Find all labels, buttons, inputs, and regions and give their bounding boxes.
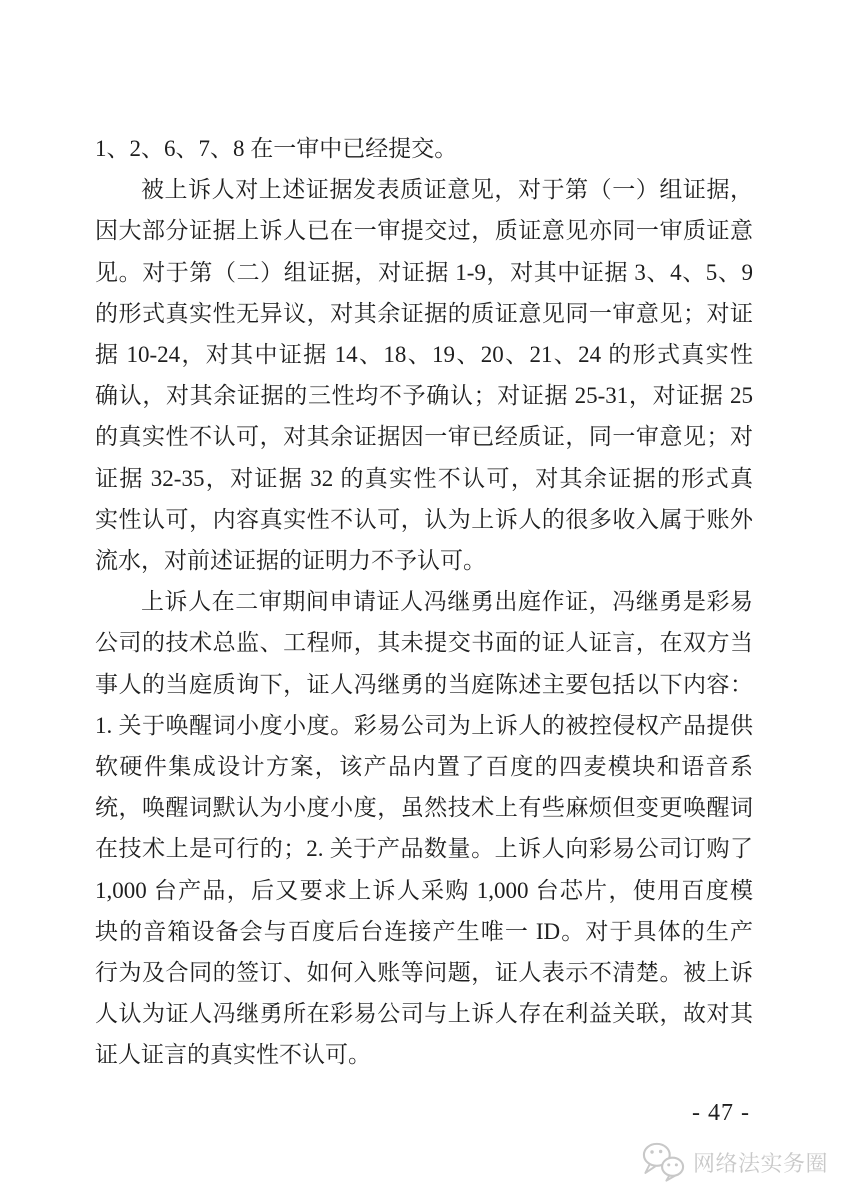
text-line: 公司的技术总监、工程师，其未提交书面的证人证言，在双方当	[95, 622, 753, 663]
text-line: 行为及合同的签订、如何入账等问题，证人表示不清楚。被上诉	[95, 952, 753, 993]
text-line: 见。对于第（二）组证据，对证据 1-9，对其中证据 3、4、5、9	[95, 252, 753, 293]
watermark-text: 网络法实务圈	[693, 1147, 828, 1178]
text-line: 确认，对其余证据的三性均不予确认；对证据 25-31，对证据 25	[95, 375, 753, 416]
page-number: - 47 -	[692, 1100, 750, 1127]
text-line: 人认为证人冯继勇所在彩易公司与上诉人存在利益关联，故对其	[95, 993, 753, 1034]
paragraph: 上诉人在二审期间申请证人冯继勇出庭作证，冯继勇是彩易 公司的技术总监、工程师，其…	[95, 581, 753, 1075]
text-line: 证据 32-35，对证据 32 的真实性不认可，对其余证据的形式真	[95, 458, 753, 499]
text-line: 因大部分证据上诉人已在一审提交过，质证意见亦同一审质证意	[95, 210, 753, 251]
paragraph: 被上诉人对上述证据发表质证意见，对于第（一）组证据， 因大部分证据上诉人已在一审…	[95, 169, 753, 581]
text-line: 块的音箱设备会与百度后台连接产生唯一 ID。对于具体的生产	[95, 911, 753, 952]
watermark: 网络法实务圈	[640, 1141, 828, 1183]
text-line: 1,000 台产品，后又要求上诉人采购 1,000 台芯片，使用百度模	[95, 870, 753, 911]
text-line: 1. 关于唤醒词小度小度。彩易公司为上诉人的被控侵权产品提供	[95, 705, 753, 746]
document-page: 1、2、6、7、8 在一审中已经提交。 被上诉人对上述证据发表质证意见，对于第（…	[0, 0, 848, 1200]
text-line: 的形式真实性无异议，对其余证据的质证意见同一审意见；对证	[95, 293, 753, 334]
text-line: 上诉人在二审期间申请证人冯继勇出庭作证，冯继勇是彩易	[95, 581, 753, 622]
text-line: 在技术上是可行的；2. 关于产品数量。上诉人向彩易公司订购了	[95, 828, 753, 869]
text-line: 据 10-24，对其中证据 14、18、19、20、21、24 的形式真实性	[95, 334, 753, 375]
text-line: 软硬件集成设计方案，该产品内置了百度的四麦模块和语音系	[95, 746, 753, 787]
paragraph: 1、2、6、7、8 在一审中已经提交。	[95, 128, 753, 169]
text-line: 实性认可，内容真实性不认可，认为上诉人的很多收入属于账外	[95, 499, 753, 540]
text-line: 证人证言的真实性不认可。	[95, 1034, 753, 1075]
text-line: 被上诉人对上述证据发表质证意见，对于第（一）组证据，	[95, 169, 753, 210]
text-line: 的真实性不认可，对其余证据因一审已经质证，同一审意见；对	[95, 416, 753, 457]
document-text: 1、2、6、7、8 在一审中已经提交。 被上诉人对上述证据发表质证意见，对于第（…	[95, 128, 753, 1076]
text-line: 流水，对前述证据的证明力不予认可。	[95, 540, 753, 581]
text-line: 事人的当庭质询下，证人冯继勇的当庭陈述主要包括以下内容：	[95, 664, 753, 705]
text-line: 统，唤醒词默认为小度小度，虽然技术上有些麻烦但变更唤醒词	[95, 787, 753, 828]
text-line: 1、2、6、7、8 在一审中已经提交。	[95, 128, 753, 169]
wechat-icon	[640, 1141, 687, 1183]
